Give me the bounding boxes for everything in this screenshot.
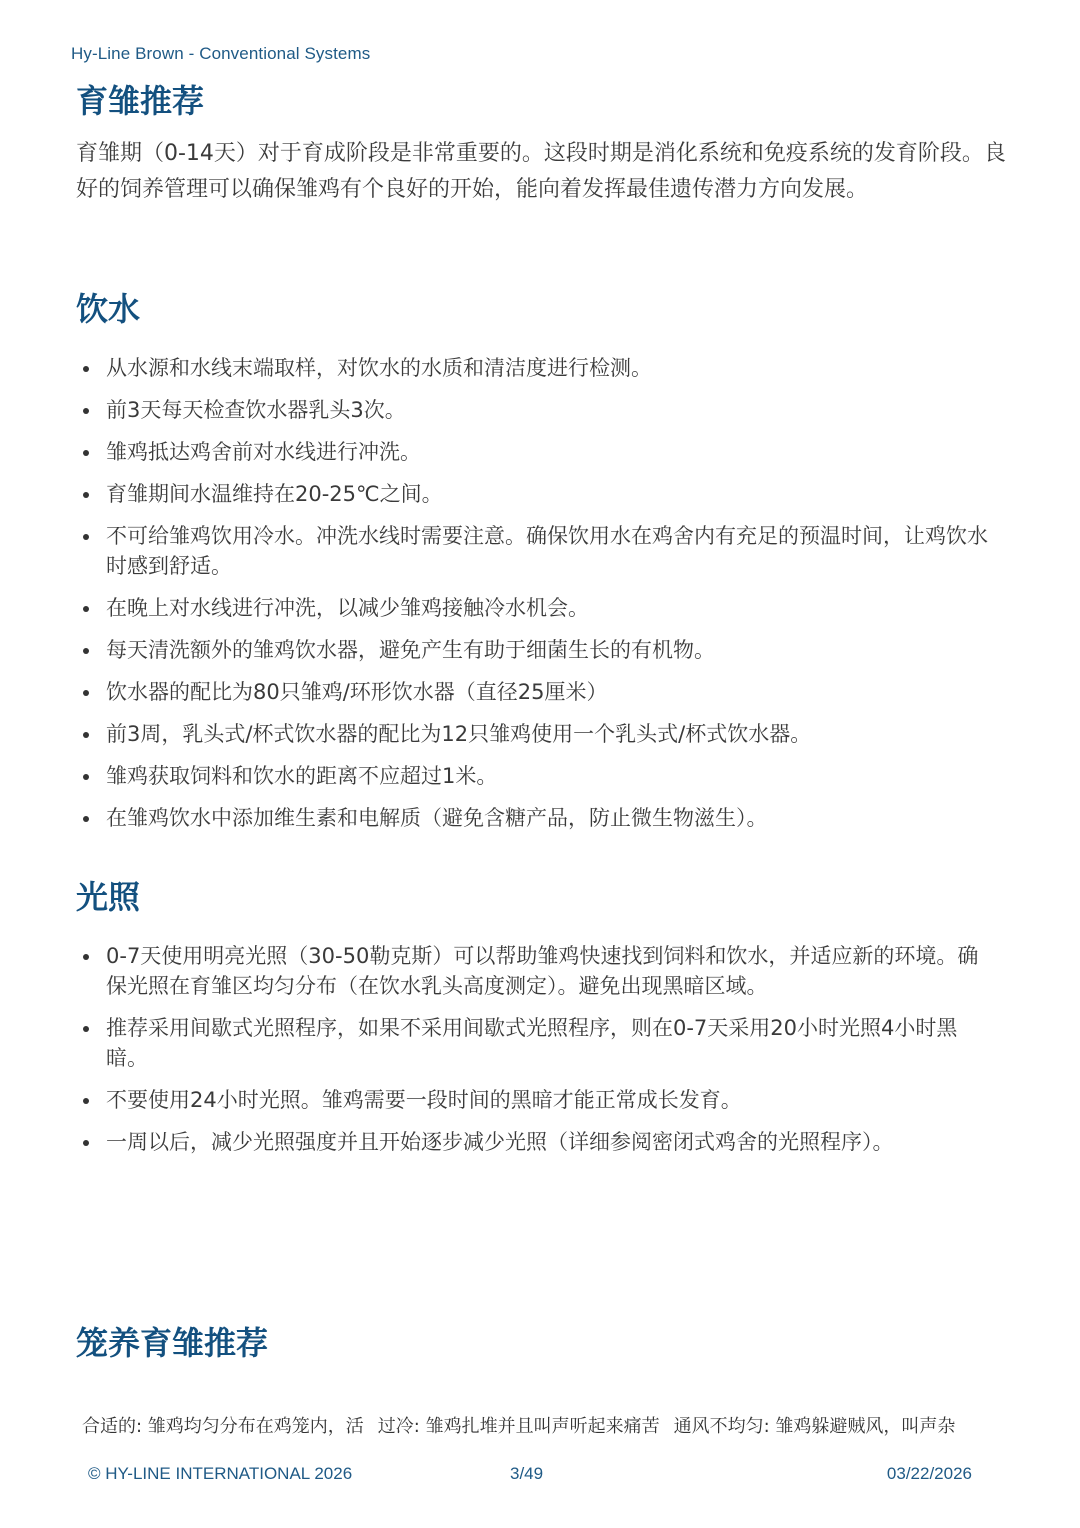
list-item: 育雏期间水温维持在20-25℃之间。 xyxy=(76,479,996,509)
brooding-paragraph: 育雏期（0-14天）对于育成阶段是非常重要的。这段时期是消化系统和免疫系统的发育… xyxy=(76,136,1006,208)
caption-too-cold: 过冷: 雏鸡扎堆并且叫声听起来痛苦 xyxy=(378,1412,660,1438)
list-item: 0-7天使用明亮光照（30-50勒克斯）可以帮助雏鸡快速找到饲料和饮水，并适应新… xyxy=(76,941,996,1001)
footer-page-number: 3/49 xyxy=(510,1464,543,1484)
section-title-water: 饮水 xyxy=(76,284,140,330)
footer-copyright: © HY-LINE INTERNATIONAL 2026 xyxy=(88,1464,352,1484)
lighting-list: 0-7天使用明亮光照（30-50勒克斯）可以帮助雏鸡快速找到饲料和饮水，并适应新… xyxy=(76,941,996,1169)
cage-brooding-captions: 合适的: 雏鸡均匀分布在鸡笼内，活 过冷: 雏鸡扎堆并且叫声听起来痛苦 通风不均… xyxy=(82,1412,1012,1438)
list-item: 雏鸡抵达鸡舍前对水线进行冲洗。 xyxy=(76,437,996,467)
list-item: 从水源和水线末端取样，对饮水的水质和清洁度进行检测。 xyxy=(76,353,996,383)
water-list: 从水源和水线末端取样，对饮水的水质和清洁度进行检测。 前3天每天检查饮水器乳头3… xyxy=(76,353,996,845)
caption-uneven-ventilation: 通风不均匀: 雏鸡躲避贼风，叫声杂 xyxy=(674,1412,956,1438)
list-item: 在晚上对水线进行冲洗，以减少雏鸡接触冷水机会。 xyxy=(76,593,996,623)
list-item: 前3周，乳头式/杯式饮水器的配比为12只雏鸡使用一个乳头式/杯式饮水器。 xyxy=(76,719,996,749)
running-header: Hy-Line Brown - Conventional Systems xyxy=(71,44,370,64)
list-item: 雏鸡获取饲料和饮水的距离不应超过1米。 xyxy=(76,761,996,791)
footer-date: 03/22/2026 xyxy=(887,1464,972,1484)
list-item: 一周以后，减少光照强度并且开始逐步减少光照（详细参阅密闭式鸡舍的光照程序）。 xyxy=(76,1127,996,1157)
list-item: 前3天每天检查饮水器乳头3次。 xyxy=(76,395,996,425)
list-item: 每天清洗额外的雏鸡饮水器，避免产生有助于细菌生长的有机物。 xyxy=(76,635,996,665)
list-item: 在雏鸡饮水中添加维生素和电解质（避免含糖产品，防止微生物滋生）。 xyxy=(76,803,996,833)
list-item: 不可给雏鸡饮用冷水。冲洗水线时需要注意。确保饮用水在鸡舍内有充足的预温时间，让鸡… xyxy=(76,521,996,581)
list-item: 饮水器的配比为80只雏鸡/环形饮水器（直径25厘米） xyxy=(76,677,996,707)
section-title-brooding: 育雏推荐 xyxy=(76,76,204,122)
list-item: 推荐采用间歇式光照程序，如果不采用间歇式光照程序，则在0-7天采用20小时光照4… xyxy=(76,1013,996,1073)
list-item: 不要使用24小时光照。雏鸡需要一段时间的黑暗才能正常成长发育。 xyxy=(76,1085,996,1115)
section-title-cage-brooding: 笼养育雏推荐 xyxy=(76,1318,268,1364)
section-title-lighting: 光照 xyxy=(76,872,140,918)
caption-proper: 合适的: 雏鸡均匀分布在鸡笼内，活 xyxy=(82,1412,364,1438)
